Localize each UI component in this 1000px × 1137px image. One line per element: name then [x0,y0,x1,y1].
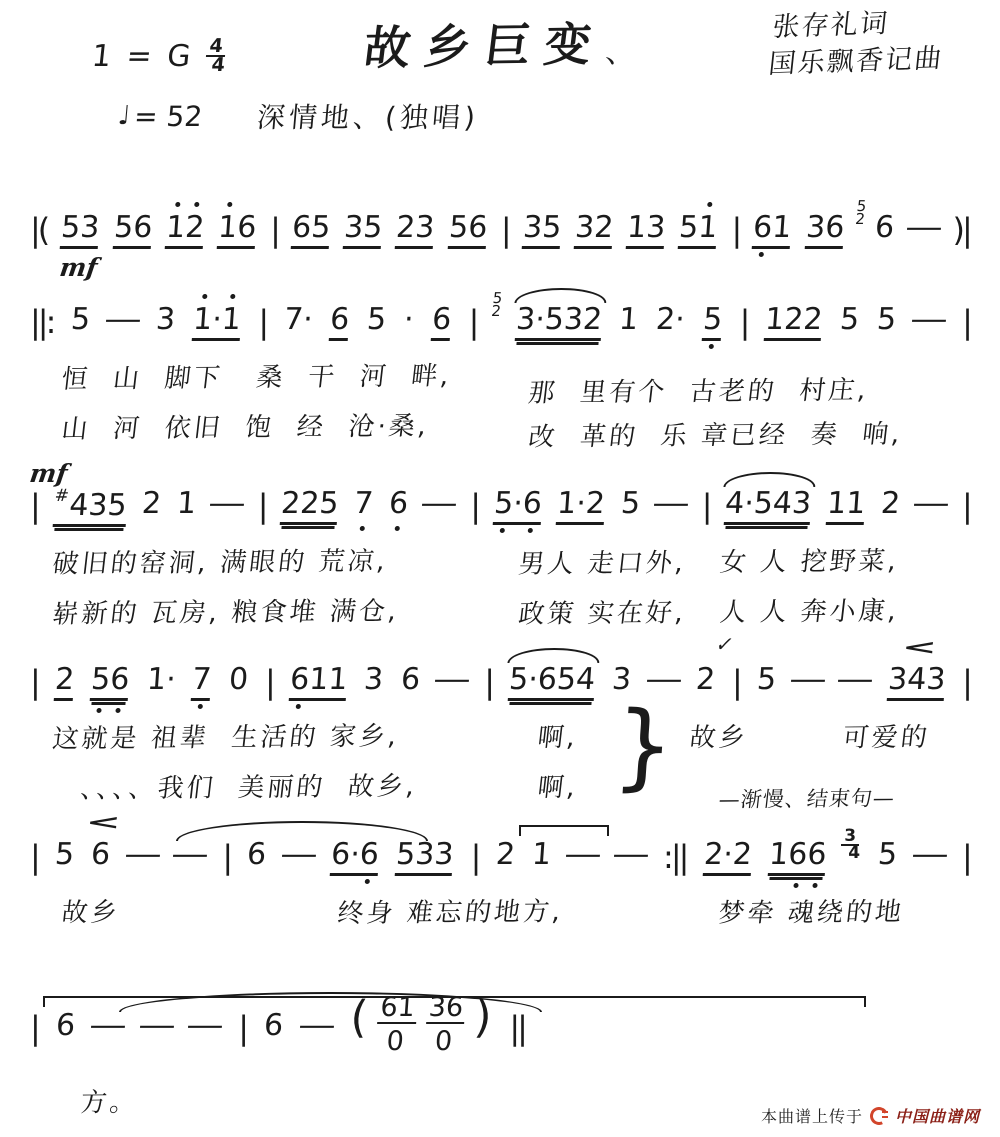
note-group: 122 [764,304,824,341]
octave-dot-below [395,525,400,530]
octave-dot-above [227,202,232,207]
barline: | [30,664,38,701]
octave-dot-below [360,525,365,530]
note-group: 35 [343,212,384,249]
note-group: 2 [54,664,76,701]
octave-dot-below [812,882,817,887]
breath-mark: ✓ [714,634,736,655]
site-name: 中国曲谱网 [895,1104,980,1127]
barline: | [732,664,740,701]
system: ||:5—31·1|7·65·6|523·53212·5|12255—|恒 山 … [24,284,976,457]
note-group: 1 [531,839,552,871]
barline: | [962,488,970,525]
lyric-row: 、、、、我们 美丽的 故乡,啊,—渐慢、结束句— [24,767,976,817]
octave-dot-below [198,704,203,709]
barline: | [962,664,970,701]
note-group: 6 [388,488,409,520]
note-group: 1 [176,488,197,520]
watermark: 本曲谱上传于 中国曲谱网 [761,1104,980,1127]
note-group: 6 [55,1010,76,1042]
dash-note: — [909,304,949,336]
dash-note: — [207,488,247,520]
lyric-segment: 、、、、我们 美丽的 故乡, [79,765,420,805]
note-group: 5 [54,839,75,871]
dash-note: — [419,488,459,520]
lyric-segment: —渐慢、结束句— [717,782,897,814]
lyric-segment: 破旧的窑洞, 满眼的 荒凉, [50,541,390,581]
note-group: 7 [191,664,213,701]
note-group: 32 [574,212,615,249]
crescendo-mark: < [900,637,937,658]
system: |(53561216|65352356|35321351|6136526—)|m… [24,192,976,282]
barline: | [702,488,710,525]
note-group: 3 [155,304,176,336]
lyric-segment: 啊, [536,717,581,754]
note-group: 1·1 [192,304,242,341]
octave-dot-below [295,704,300,709]
barline: || [509,1010,525,1047]
lyric-segment: 山 河 依旧 饱 经 沧·桑, [60,405,432,445]
stacked-notes: 610 [375,994,418,1057]
notation-wrap: |56<——|6—6·6533|21——:||2·2166345—| [24,819,976,892]
notation-wrap: |6———|6—(610360)|| [24,990,976,1073]
lyric-segment: 男人 走口外, 女 人 挖野菜, [517,540,902,580]
lyric-row: 山 河 依旧 饱 经 沧·桑,改 革的 乐 章已经 奏 响, [24,407,976,457]
slur-arc [508,648,601,663]
note-group: 6 [874,212,895,244]
barline: | [238,1010,246,1047]
dash-note: — [611,839,651,871]
dynamic-marking: mf [58,253,978,282]
dash-note: — [432,664,472,696]
lyric-row: 崭新的 瓦房, 粮食堆 满仓,政策 实在好, 人 人 奔小康, [24,592,976,642]
lyric-segment: 终身 难忘的地方, [336,891,566,930]
slur-arc [514,288,607,303]
dash-note: — [279,839,319,871]
note-group: 5 [876,304,897,336]
dash-note: — [563,839,603,871]
note-group: 23 [395,212,436,249]
note-group: 12 [164,212,205,249]
note-group: 225 [280,488,340,525]
note-group: 56 [112,212,153,249]
note-group: 6< [90,839,111,871]
note-group: 5 [877,839,898,871]
dash-note: — [297,1010,337,1042]
note-group: 1· [146,664,177,696]
note-group: 1·2 [556,488,606,525]
notation-wrap: ||:5—31·1|7·65·6|523·53212·5|12255—| [24,284,976,357]
composer-credit: 国乐飘香记曲 [767,40,946,83]
grace-digit: 2 [491,305,502,318]
lyric-segment: 恒 山 脚下 桑 干 河 畔, [60,355,454,395]
dash-note: — [651,488,691,520]
note-group: 7· [283,304,314,336]
lyric-row: 这就是 祖辈 生活的 家乡,啊,故乡可爱的 [24,717,976,767]
octave-dot-below [708,343,713,348]
lyricist-credit: 张存礼词 [771,3,950,46]
octave-dot-below [528,527,533,532]
barline: :|| [663,839,686,876]
slur-arc [724,472,817,487]
note-group: 5·6 [493,488,543,525]
lyric-segment: 政策 实在好, 人 人 奔小康, [517,590,902,630]
note-group: 65 [291,212,332,249]
note-group: 6 [430,304,452,341]
dash-note: — [835,664,875,696]
note-group: 2 [141,488,162,520]
notation-row: |#43521—|22576—|5·61·25—|4·543112—| [24,468,976,543]
grace-digit: 2 [854,213,865,226]
expression-marking: 深情地、(独唱) [256,96,481,136]
octave-dot-below [365,878,370,883]
note-group: 3 [363,664,384,696]
dash-note: — [170,839,210,871]
title-comma: 、 [605,35,635,70]
lyric-segment: 崭新的 瓦房, 粮食堆 满仓, [50,591,401,631]
barline: )| [953,212,970,249]
barline: | [30,839,38,876]
lyric-segment: 方。 [79,1082,141,1120]
system: |56<——|6—6·6533|21——:||2·2166345—|故乡终身 难… [24,819,976,942]
barline: | [30,1010,38,1047]
barline: | [740,304,748,341]
note-group: 6 [246,839,267,871]
note-group: 533 [395,839,455,876]
note-group: #435 [52,488,127,527]
octave-dot-above [194,202,199,207]
note-group: 3·532 [514,304,602,341]
note-group: 5 [839,304,860,336]
note-group: 2·2 [702,839,752,876]
note-group: 166 [767,839,827,876]
barline: | [962,839,970,876]
lyric-segment: 改 革的 乐 章已经 奏 响, [526,413,904,453]
note-group: 61 [752,212,793,249]
watermark-text: 本曲谱上传于 [761,1104,863,1127]
dash-note: — [185,1010,225,1042]
notation-wrap: |2561·70|61136—|5·6543—2✓|5——343<| [24,644,976,717]
note-group: 5 [70,304,91,336]
octave-dot-above [202,294,207,299]
octave-dot-above [707,202,712,207]
barline: | [469,304,477,341]
dash-note: — [643,664,683,696]
lyric-segment: 啊, [536,767,581,804]
note-group: 3 [611,664,632,696]
octave-dot-below [96,708,101,713]
lyric-row: 故乡终身 难忘的地方,梦牵 魂绕的地 [24,892,976,942]
dash-note: — [911,488,951,520]
note-group: 2 [495,839,516,871]
note-group: 36 [804,212,845,249]
site-logo-icon [870,1107,888,1125]
lyric-segment: 故乡 [60,891,122,929]
open-paren: ( [349,996,369,1040]
barline: | [222,839,230,876]
song-title: 故乡巨变 [361,8,610,78]
lyric-segment: 那 里有个 古老的 村庄, [526,369,870,409]
barline: | [258,304,266,341]
barline: | [30,488,38,525]
ending-chord-group: (610360) [348,994,493,1057]
note-group: 13 [626,212,667,249]
note-group: 6 [263,1010,284,1042]
note-group: 16 [217,212,258,249]
note-group: 53 [60,212,101,249]
credits: 张存礼词 国乐飘香记曲 [767,3,950,83]
note-group: 56 [447,212,488,249]
verse-brace: } [611,700,677,794]
note-group: 5 [701,304,723,341]
notation-row: |2561·70|61136—|5·6543—2✓|5——343<| [24,644,976,717]
octave-dot-below [793,882,798,887]
barline: | [484,664,492,701]
lyric-segment: 可爱的 [841,717,932,755]
tempo-value: = 52 [133,100,204,133]
octave-dot-below [115,708,120,713]
tie-bracket [519,825,609,836]
dash-note: — [788,664,828,696]
lyric-segment: 故乡 [688,717,750,755]
lyric-segment: 这就是 祖辈 生活的 家乡, [50,715,401,755]
notation-row: ||:5—31·1|7·65·6|523·53212·5|12255—| [24,284,976,357]
note-group: 6·6 [330,839,380,876]
quarter-note-icon: ♩ [117,101,132,131]
notation-row: |56<——|6—6·6533|21——:||2·2166345—| [24,819,976,892]
lyric-segment: 梦牵 魂绕的地 [717,891,907,930]
grace-note: 52 [491,292,503,318]
note-group: 2✓ [695,664,716,696]
note-group: 2· [655,304,686,336]
note-group: 56 [90,664,131,701]
score-body: |(53561216|65352356|35321351|6136526—)|m… [0,178,1000,1122]
note-group: 5·654 [508,664,596,701]
barline: | [501,212,509,249]
barline: | [962,304,970,341]
barline: | [265,664,273,701]
lyric-row: 破旧的窑洞, 满眼的 荒凉,男人 走口外, 女 人 挖野菜, [24,542,976,592]
crescendo-mark: < [85,812,122,833]
spacer [24,944,976,990]
tempo-row: ♩ = 52 深情地、(独唱) [116,96,481,136]
note-group: 51 [678,212,719,249]
note-group: 11 [826,488,867,525]
note-group: 1 [618,304,639,336]
barline: | [270,212,278,249]
note-group: 2 [880,488,901,520]
tempo-marking: ♩ = 52 [116,96,204,136]
close-paren: ) [473,996,493,1040]
score-header: 1 = G 4 4 故乡巨变、 张存礼词 国乐飘香记曲 ♩ = 52 深情地、(… [0,0,1000,178]
dash-note: — [88,1010,128,1042]
note-group: 5 [366,304,387,336]
note-group: 343< [886,664,946,701]
notation-wrap: |#43521—|22576—|5·61·25—|4·543112—| [24,468,976,543]
system: mf|#43521—|22576—|5·61·25—|4·543112—|破旧的… [24,459,976,643]
note-group: 35 [521,212,562,249]
octave-dot-below [499,527,504,532]
dash-note: — [903,212,943,244]
barline: | [471,839,479,876]
octave-dot-above [174,202,179,207]
sharp-icon: # [54,486,70,506]
octave-dot-above [230,294,235,299]
system: |6———|6—(610360)||方。 [24,990,976,1123]
note-group: · [403,304,415,336]
dash-note: — [137,1010,177,1042]
grace-note: 52 [854,200,866,226]
dash-note: — [123,839,163,871]
barline: | [258,488,266,525]
note-group: 5 [620,488,641,520]
note-group: 5 [756,664,777,696]
barline: |( [30,212,47,249]
sheet-music-page: 1 = G 4 4 故乡巨变、 张存礼词 国乐飘香记曲 ♩ = 52 深情地、(… [0,0,1000,1137]
dash-note: — [910,839,950,871]
stacked-notes: 360 [423,994,466,1057]
barline: | [470,488,478,525]
barline: ||: [30,304,53,341]
note-group: 6 [329,304,351,341]
time-signature-change: 34 [843,829,861,861]
barline: | [732,212,740,249]
lyric-row: 恒 山 脚下 桑 干 河 畔,那 里有个 古老的 村庄, [24,357,976,407]
note-group: 7 [353,488,374,520]
note-group: 6 [400,664,421,696]
dash-note: — [103,304,143,336]
system: |2561·70|61136—|5·6543—2✓|5——343<|这就是 祖辈… [24,644,976,817]
note-group: 611 [289,664,349,701]
note-group: 0 [228,664,249,696]
note-group: 4·543 [724,488,812,525]
